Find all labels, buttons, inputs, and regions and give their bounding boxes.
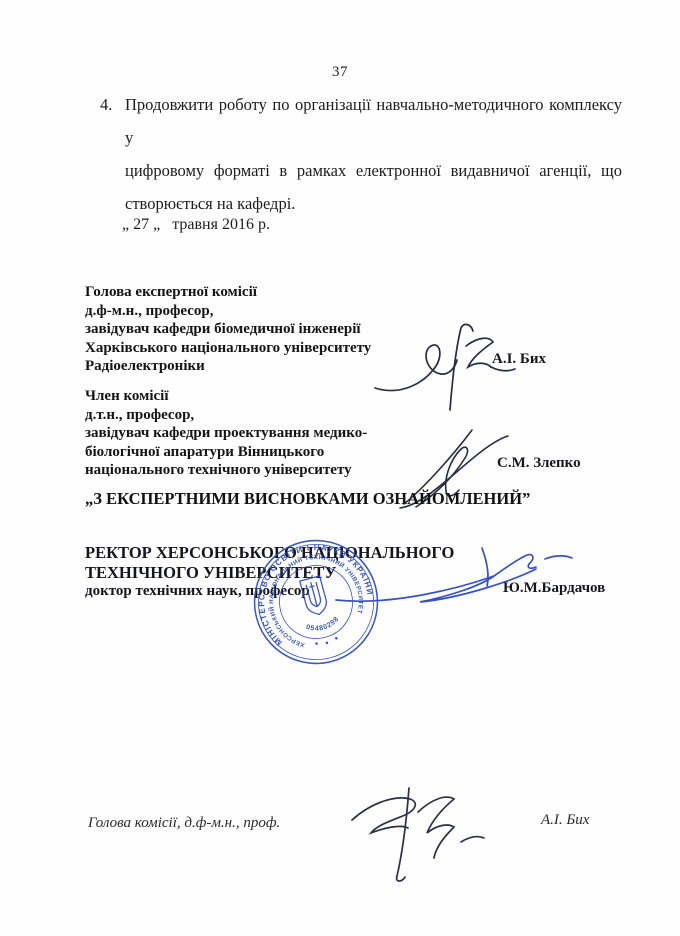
signer-block-commission-member: Член комісії д.т.н., професор, завідувач… bbox=[85, 387, 367, 480]
signer-role-line: д.ф-м.н., професор, bbox=[85, 302, 371, 321]
date-line: „ 27 „ травня 2016 р. bbox=[122, 216, 270, 234]
signature-name-zlepko: С.М. Злепко bbox=[497, 455, 581, 472]
signer-role-line: Голова експертної комісії bbox=[85, 283, 371, 302]
stamp-code: 05480298 bbox=[303, 614, 342, 636]
signer-role-line: біологічної апаратури Вінницького bbox=[85, 443, 367, 462]
svg-text:05480298: 05480298 bbox=[303, 614, 342, 636]
list-item-marker: 4. bbox=[100, 88, 125, 220]
signer-role-line: завідувач кафедри біомедичної інженерії bbox=[85, 320, 371, 339]
acknowledgment-statement: „З ЕКСПЕРТНИМИ ВИСНОВКАМИ ОЗНАЙОМЛЕНИЙ” bbox=[85, 489, 530, 509]
signer-role-line: завідувач кафедри проектування медико- bbox=[85, 424, 367, 443]
resolution-line: Продовжити роботу по організації навчаль… bbox=[125, 88, 622, 154]
signer-role-line: Радіоелектроніки bbox=[85, 357, 371, 376]
signer-role-line: Харківського національного університету bbox=[85, 339, 371, 358]
footer-role-label: Голова комісії, д.ф-м.н., проф. bbox=[88, 815, 280, 832]
page-number: 37 bbox=[0, 64, 680, 81]
footer-signature-bykh bbox=[348, 780, 493, 885]
signer-role-line: національного технічного університету bbox=[85, 461, 367, 480]
signer-block-head-of-commission: Голова експертної комісії д.ф-м.н., проф… bbox=[85, 283, 371, 376]
trident-emblem-icon bbox=[300, 576, 329, 617]
signer-role-line: Член комісії bbox=[85, 387, 367, 406]
signer-role-line: д.т.н., професор, bbox=[85, 406, 367, 425]
resolution-line: цифровому форматі в рамках електронної в… bbox=[125, 154, 622, 187]
resolution-item-4: 4. Продовжити роботу по організації навч… bbox=[100, 88, 622, 220]
footer-signature-name: А.І. Бих bbox=[541, 812, 589, 829]
signature-name-bykh: А.І. Бих bbox=[492, 351, 546, 368]
signature-name-bardachov: Ю.М.Бардачов bbox=[503, 580, 605, 597]
resolution-text: Продовжити роботу по організації навчаль… bbox=[125, 88, 622, 220]
scanned-document-page: 37 4. Продовжити роботу по організації н… bbox=[0, 0, 680, 936]
